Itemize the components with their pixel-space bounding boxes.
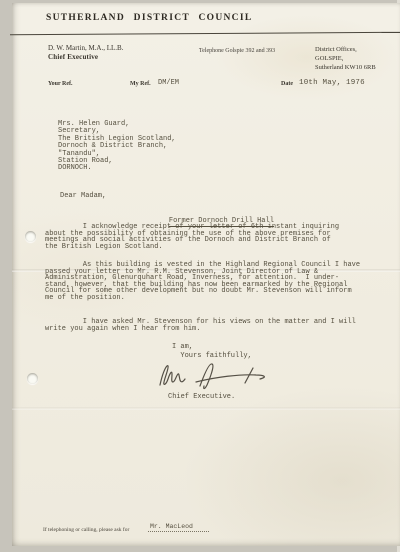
fold-crease-bottom <box>12 407 400 410</box>
salutation: Dear Madam, <box>60 192 106 200</box>
telephone-line: Telephone Golspie 392 and 393 <box>172 48 302 54</box>
body-paragraph-1: I acknowledge receipt of your letter of … <box>45 224 339 250</box>
officer-block: D. W. Martin, M.A., LL.B. Chief Executiv… <box>48 44 123 62</box>
officer-name: D. W. Martin, M.A., LL.B. <box>48 44 123 53</box>
signature-scrawl <box>152 355 282 395</box>
your-ref-label: Your Ref. <box>48 81 73 87</box>
footer-note: If telephoning or calling, please ask fo… <box>43 527 129 533</box>
council-title: SUTHERLAND DISTRICT COUNCIL <box>46 13 252 23</box>
scanned-letter-page: { "letterhead": { "council": "SUTHERLAND… <box>0 0 400 552</box>
body-paragraph-3: I have asked Mr. Stevenson for his views… <box>45 319 356 332</box>
signer-title: Chief Executive. <box>168 393 235 401</box>
recipient-address: Mrs. Helen Guard, Secretary, The British… <box>58 121 176 173</box>
letter-paper: SUTHERLAND DISTRICT COUNCIL D. W. Martin… <box>12 3 400 546</box>
officer-title: Chief Executive <box>48 53 123 62</box>
punch-hole-top <box>25 231 36 242</box>
letterhead-rule <box>10 32 400 36</box>
my-ref-label: My Ref. <box>130 81 151 87</box>
my-ref-value: DM/EM <box>158 79 179 87</box>
date-value: 10th May, 1976 <box>299 79 365 87</box>
office-address: District Offices, GOLSPIE, Sutherland KW… <box>315 45 376 72</box>
date-label: Date <box>281 81 293 87</box>
body-paragraph-2: As this building is vested in the Highla… <box>45 262 360 302</box>
punch-hole-bottom <box>27 373 38 384</box>
footer-contact-name: Mr. MacLeod <box>148 523 209 532</box>
